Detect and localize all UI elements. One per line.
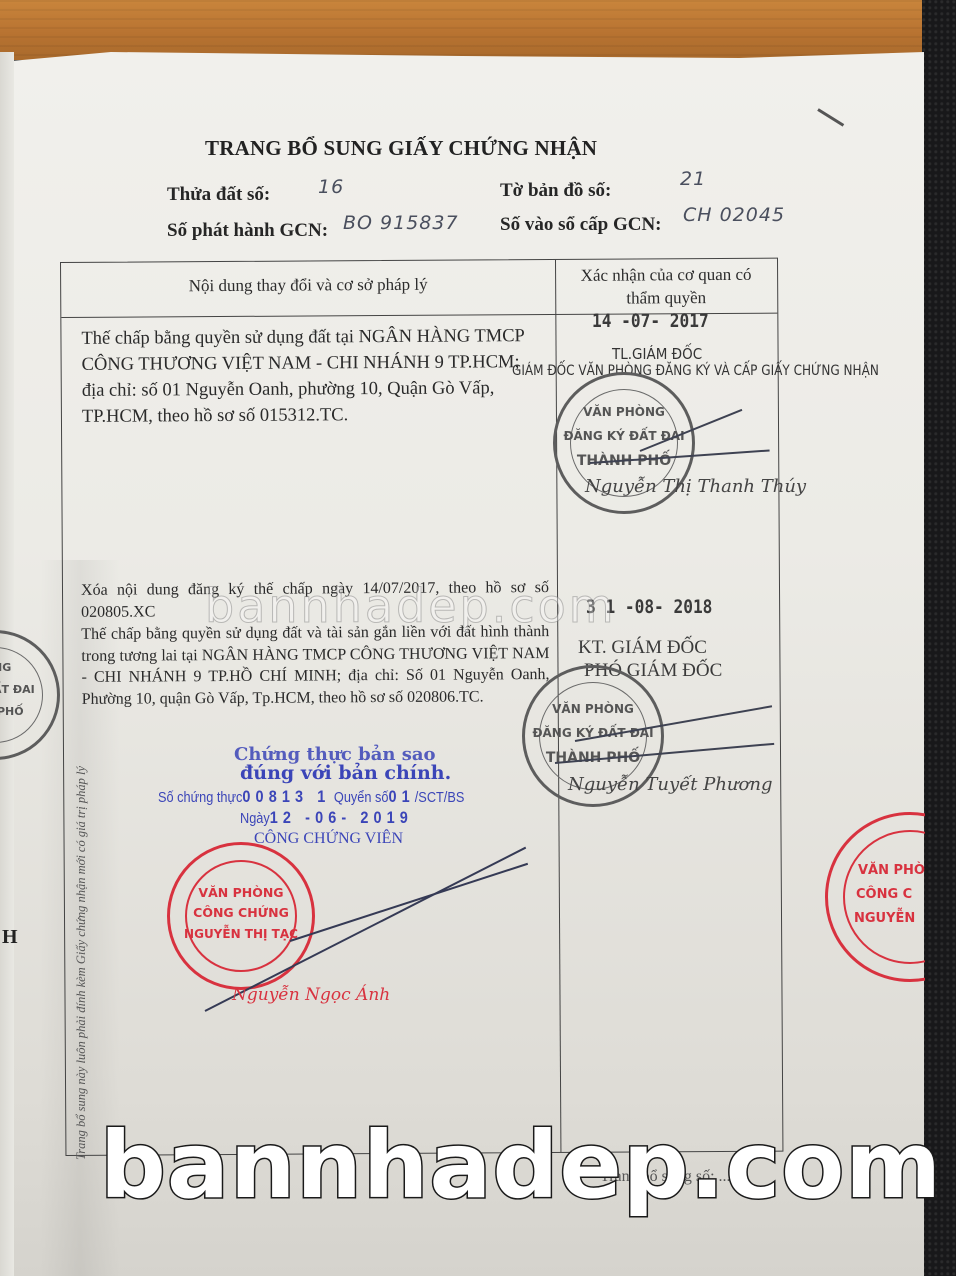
seal-text: NG (0, 661, 57, 674)
notary-cert-number-row: Số chứng thực00813 1 Quyển số01/SCT/BS (158, 787, 464, 807)
header-confirm-column: Xác nhận của cơ quan có thẩm quyền (555, 263, 777, 310)
entry-1-content: Thế chấp bằng quyền sử dụng đất tại NGÂN… (81, 323, 542, 430)
header-confirm-line1: Xác nhận của cơ quan có (555, 263, 777, 287)
underlying-page-letter: H (2, 926, 18, 949)
issue-number-value: BO 915837 (343, 212, 459, 234)
notary-signer-name: Nguyễn Ngọc Ánh (232, 985, 390, 1005)
entry-1-signer-title: TL.GIÁM ĐỐC (612, 345, 702, 363)
seal-text: VĂN PHÒNG (556, 405, 692, 419)
book-suffix: /SCT/BS (415, 789, 465, 806)
cert-number-value: 00813 1 (242, 787, 330, 806)
dark-leather-background (922, 0, 956, 1276)
seal-text: VĂN PHÒNG (170, 885, 312, 900)
entry-1-office-line: GIÁM ĐỐC VĂN PHÒNG ĐĂNG KÝ VÀ CẤP GIẤY C… (512, 363, 879, 379)
seal-text: VĂN PHÒNG (525, 702, 661, 716)
header-confirm-line2: thẩm quyền (555, 286, 777, 310)
parcel-value: 16 (318, 176, 344, 198)
side-legal-note: Trang bổ sung này luôn phải đính kèm Giấ… (74, 766, 89, 1160)
entry-2-signer-name: Nguyễn Tuyết Phương (568, 774, 772, 795)
map-sheet-value: 21 (680, 168, 706, 190)
book-label: Quyển số (334, 789, 389, 806)
map-sheet-label: Tờ bản đồ số: (500, 180, 611, 202)
notary-date-row: Ngày12 -06- 2019 (240, 808, 413, 828)
page-title: TRANG BỔ SUNG GIẤY CHỨNG NHẬN (205, 136, 597, 161)
wooden-table-background (0, 0, 925, 60)
cert-number-label: Số chứng thực (158, 789, 242, 806)
entry-1-signer-name: Nguyễn Thị Thanh Thúy (585, 476, 806, 497)
seal-text: PHỐ (0, 705, 57, 718)
seal-text: ẤT ĐAI (0, 683, 57, 696)
parcel-label: Thửa đất số: (167, 184, 270, 206)
book-value: 01 (388, 787, 414, 806)
register-number-label: Số vào sổ cấp GCN: (500, 214, 662, 236)
notary-date-value: 12 -06- 2019 (270, 808, 413, 827)
faint-watermark: bannhadep.com (205, 583, 617, 629)
issue-number-label: Số phát hành GCN: (167, 220, 328, 242)
site-watermark: bannhadep.com (100, 1120, 942, 1212)
entry-2-signer-title: KT. GIÁM ĐỐC (578, 637, 707, 659)
header-content-column: Nội dung thay đổi và cơ sở pháp lý (61, 274, 555, 297)
notary-cert-line2: đúng với bản chính. (240, 762, 451, 784)
entry-1-date: 14 -07- 2017 (592, 310, 709, 332)
notary-date-label: Ngày (240, 810, 270, 827)
notary-role: CÔNG CHỨNG VIÊN (254, 830, 403, 848)
changes-table: Nội dung thay đổi và cơ sở pháp lý Xác n… (60, 258, 783, 1156)
notary-seal: VĂN PHÒNG CÔNG CHỨNG NGUYỄN THỊ TẠC (167, 842, 315, 990)
seal-text: CÔNG CHỨNG (170, 905, 312, 920)
register-number-value: CH 02045 (683, 204, 785, 226)
entry-2-content-mortgage: Thế chấp bằng quyền sử dụng đất và tài s… (81, 621, 550, 710)
